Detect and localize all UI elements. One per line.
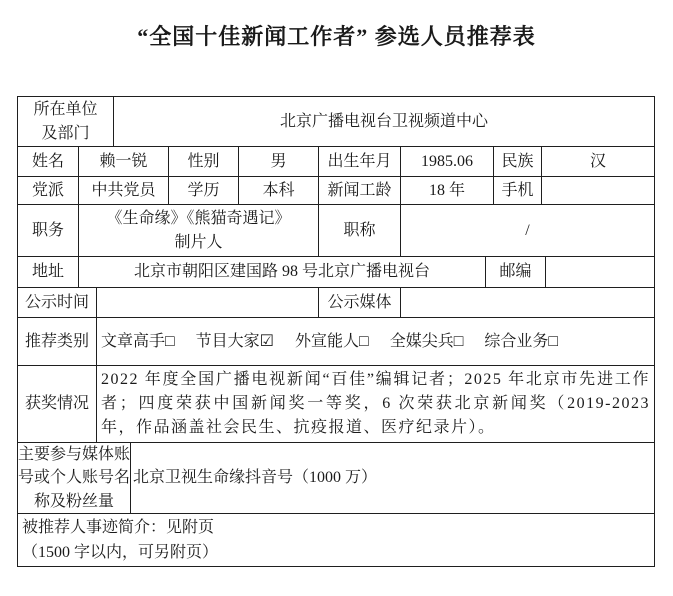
gender-value: 男 xyxy=(239,147,319,177)
publicity-media-label: 公示媒体 xyxy=(319,288,401,318)
professional-title-value: / xyxy=(401,205,654,257)
position-value: 《生命缘》《熊猫奇遇记》 制片人 xyxy=(79,205,319,257)
row-personal-2: 党派 中共党员 学历 本科 新闻工龄 18 年 手机 xyxy=(18,177,654,205)
awards-label: 获奖情况 xyxy=(18,366,97,443)
unit-dept-value: 北京广播电视台卫视频道中心 xyxy=(114,97,654,147)
gender-label: 性别 xyxy=(169,147,239,177)
awards-value: 2022 年度全国广播电视新闻“百佳”编辑记者；2025 年北京市先进工作者；四… xyxy=(97,366,654,443)
category-option-unchecked[interactable]: 综合业务□ xyxy=(484,330,558,353)
publicity-time-value[interactable] xyxy=(97,288,319,318)
recommendation-form-table: 所在单位 及部门 北京广播电视台卫视频道中心 姓名 赖一锐 性别 男 出生年月 … xyxy=(17,96,655,567)
name-value: 赖一锐 xyxy=(79,147,169,177)
position-label: 职务 xyxy=(18,205,79,257)
category-option-unchecked[interactable]: 全媒尖兵□ xyxy=(390,330,464,353)
postcode-label: 邮编 xyxy=(486,257,546,288)
publicity-media-value[interactable] xyxy=(401,288,654,318)
row-unit: 所在单位 及部门 北京广播电视台卫视频道中心 xyxy=(18,97,654,147)
news-seniority-value: 18 年 xyxy=(401,177,494,205)
row-profile-note: 被推荐人事迹简介：见附页 （1500 字以内，可另附页） xyxy=(18,514,654,566)
birth-label: 出生年月 xyxy=(319,147,401,177)
category-option-unchecked[interactable]: 文章高手□ xyxy=(101,330,175,353)
ethnicity-label: 民族 xyxy=(494,147,542,177)
address-label: 地址 xyxy=(18,257,79,288)
row-position: 职务 《生命缘》《熊猫奇遇记》 制片人 职称 / xyxy=(18,205,654,257)
education-value: 本科 xyxy=(239,177,319,205)
form-title: “全国十佳新闻工作者” 参选人员推荐表 xyxy=(0,0,673,51)
birth-value: 1985.06 xyxy=(401,147,494,177)
party-value: 中共党员 xyxy=(79,177,169,205)
publicity-time-label: 公示时间 xyxy=(18,288,97,318)
address-value: 北京市朝阳区建国路 98 号北京广播电视台 xyxy=(79,257,486,288)
news-seniority-label: 新闻工龄 xyxy=(319,177,401,205)
unit-dept-label: 所在单位 及部门 xyxy=(18,97,114,147)
profile-note: 被推荐人事迹简介：见附页 （1500 字以内，可另附页） xyxy=(18,514,654,566)
row-category: 推荐类别 文章高手□节目大家☑外宣能人□全媒尖兵□综合业务□ xyxy=(18,318,654,366)
category-option-checked[interactable]: 节目大家☑ xyxy=(196,330,274,353)
row-personal-1: 姓名 赖一锐 性别 男 出生年月 1985.06 民族 汉 xyxy=(18,147,654,177)
row-awards: 获奖情况 2022 年度全国广播电视新闻“百佳”编辑记者；2025 年北京市先进… xyxy=(18,366,654,443)
row-address: 地址 北京市朝阳区建国路 98 号北京广播电视台 邮编 xyxy=(18,257,654,288)
media-accounts-label: 主要参与媒体账 号或个人账号名 称及粉丝量 xyxy=(18,443,131,514)
mobile-value[interactable] xyxy=(542,177,654,205)
recommendation-form-page: “全国十佳新闻工作者” 参选人员推荐表 所在单位 及部门 北京广播电视台卫视频道… xyxy=(0,0,673,596)
row-publicity: 公示时间 公示媒体 xyxy=(18,288,654,318)
postcode-value[interactable] xyxy=(546,257,654,288)
category-options: 文章高手□节目大家☑外宣能人□全媒尖兵□综合业务□ xyxy=(97,318,654,366)
name-label: 姓名 xyxy=(18,147,79,177)
row-media-accounts: 主要参与媒体账 号或个人账号名 称及粉丝量 北京卫视生命缘抖音号（1000 万） xyxy=(18,443,654,514)
professional-title-label: 职称 xyxy=(319,205,401,257)
category-label: 推荐类别 xyxy=(18,318,97,366)
education-label: 学历 xyxy=(169,177,239,205)
mobile-label: 手机 xyxy=(494,177,542,205)
party-label: 党派 xyxy=(18,177,79,205)
category-option-unchecked[interactable]: 外宣能人□ xyxy=(295,330,369,353)
media-accounts-value: 北京卫视生命缘抖音号（1000 万） xyxy=(131,443,654,514)
ethnicity-value: 汉 xyxy=(542,147,654,177)
